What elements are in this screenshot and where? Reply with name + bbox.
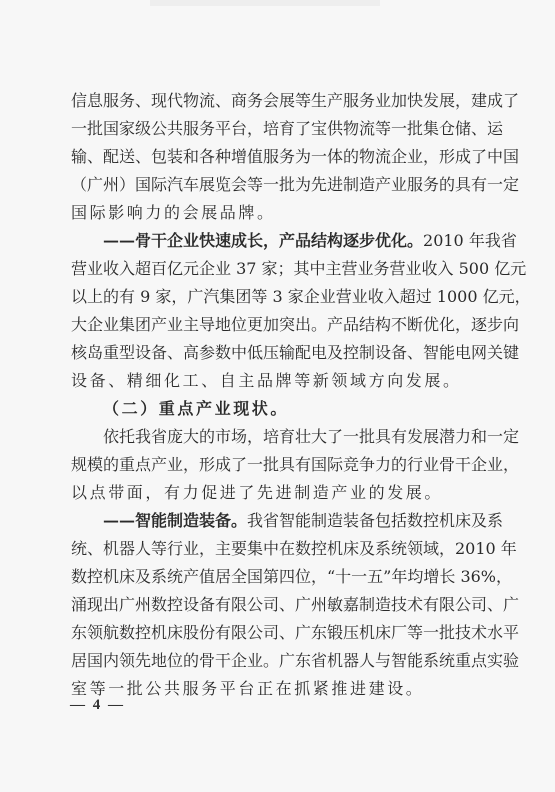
text-line: 信息服务、现代物流、商务会展等生产服务业加快发展，建成了 (71, 87, 491, 115)
text-run: 2010 年我省 (423, 231, 517, 250)
text-line: 国际影响力的会展品牌。 (71, 199, 491, 227)
section-heading: （二）重点产业现状。 (71, 395, 491, 423)
text-line: 以点带面，有力促进了先进制造产业的发展。 (71, 479, 491, 507)
text-line: （广州）国际汽车展览会等一批为先进制造产业服务的具有一定 (71, 171, 491, 199)
text-line: ——智能制造装备。我省智能制造装备包括数控机床及系 (71, 507, 491, 535)
body-text: 信息服务、现代物流、商务会展等生产服务业加快发展，建成了 一批国家级公共服务平台… (71, 87, 491, 703)
text-line: 核岛重型设备、高参数中低压输配电及控制设备、智能电网关键 (71, 339, 491, 367)
text-line: 东领航数控机床股份有限公司、广东锻压机床厂等一批技术水平 (71, 619, 491, 647)
text-line: 大企业集团产业主导地位更加突出。产品结构不断优化，逐步向 (71, 311, 491, 339)
text-line: 以上的有 9 家，广汽集团等 3 家企业营业收入超过 1000 亿元， (71, 283, 491, 311)
text-run: 我省智能制造装备包括数控机床及系 (247, 511, 503, 530)
dash-heading: ——骨干企业快速成长，产品结构逐步优化。 (103, 231, 423, 250)
document-page: 信息服务、现代物流、商务会展等生产服务业加快发展，建成了 一批国家级公共服务平台… (0, 0, 555, 792)
dash-heading: ——智能制造装备。 (103, 511, 247, 530)
text-line: 统、机器人等行业，主要集中在数控机床及系统领域，2010 年 (71, 535, 491, 563)
text-line: 规模的重点产业，形成了一批具有国际竞争力的行业骨干企业， (71, 451, 491, 479)
text-line: 居国内领先地位的骨干企业。广东省机器人与智能系统重点实验 (71, 647, 491, 675)
text-line: 室等一批公共服务平台正在抓紧推进建设。 (71, 675, 491, 703)
text-line: 数控机床及系统产值居全国第四位，“十一五”年均增长 36%， (71, 563, 491, 591)
text-line: 一批国家级公共服务平台，培育了宝供物流等一批集仓储、运 (71, 115, 491, 143)
text-line: 设备、精细化工、自主品牌等新领域方向发展。 (71, 367, 491, 395)
text-line: 依托我省庞大的市场，培育壮大了一批具有发展潜力和一定 (71, 423, 491, 451)
bleed-through-header (150, 0, 380, 6)
text-line: ——骨干企业快速成长，产品结构逐步优化。2010 年我省 (71, 227, 491, 255)
text-line: 输、配送、包装和各种增值服务为一体的物流企业，形成了中国 (71, 143, 491, 171)
page-number: — 4 — (70, 697, 125, 714)
text-line: 涌现出广州数控设备有限公司、广州敏嘉制造技术有限公司、广 (71, 591, 491, 619)
text-line: 营业收入超百亿元企业 37 家；其中主营业务营业收入 500 亿元 (71, 255, 491, 283)
